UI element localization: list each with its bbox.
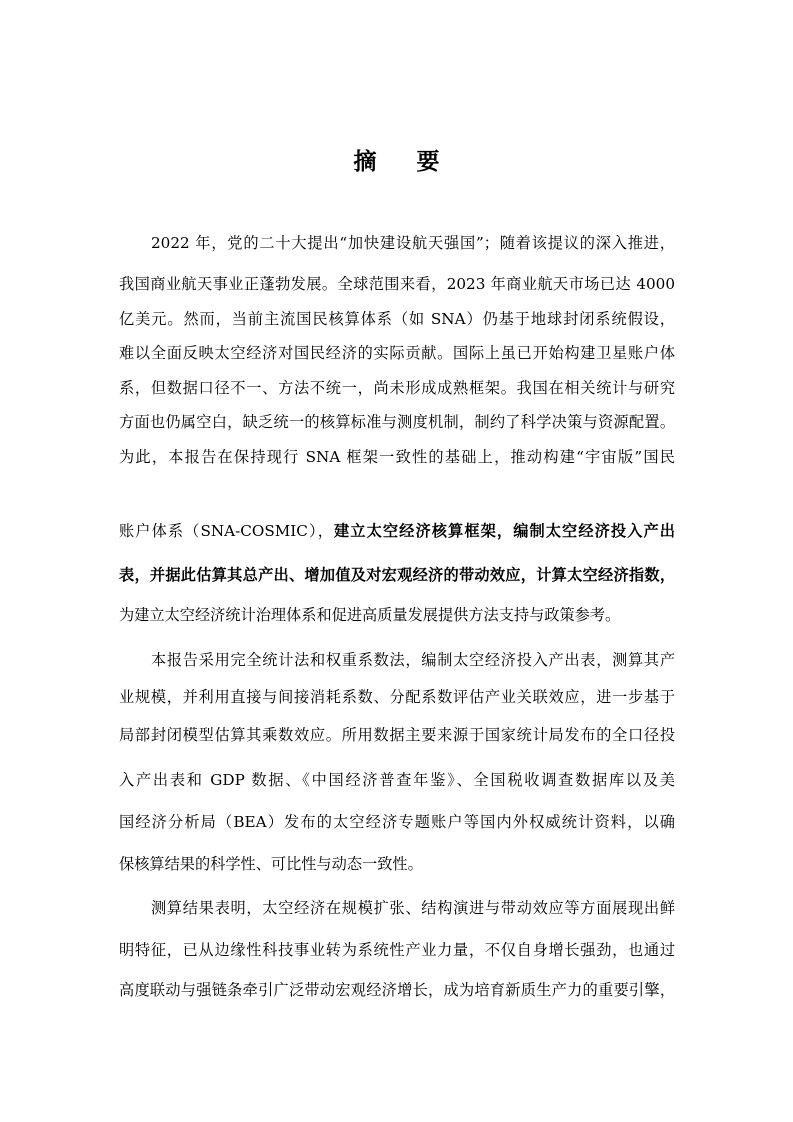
- text-line: 保核算结果的科学性、可比性与动态一致性。: [119, 854, 675, 874]
- text-line: 2022 年，党的二十大提出“加快建设航天强国”；随着该提议的深入推进，: [151, 233, 675, 253]
- title-char-2: 要: [417, 143, 440, 176]
- text-normal: 账户体系（SNA-COSMIC），: [119, 522, 334, 540]
- text-line: 难以全面反映太空经济对国民经济的实际贡献。国际上虽已开始构建卫星账户体: [119, 343, 675, 363]
- text-line: 为建立太空经济统计治理体系和促进高质量发展提供方法支持与政策参考。: [119, 605, 675, 625]
- text-line: 测算结果表明，太空经济在规模扩张、结构演进与带动效应等方面展现出鲜: [151, 898, 675, 918]
- text-line: 本报告采用完全统计法和权重系数法，编制太空经济投入产出表，测算其产: [151, 650, 675, 670]
- text-line: 亿美元。然而，当前主流国民核算体系（如 SNA）仍基于地球封闭系统假设，: [119, 309, 675, 329]
- text-line: 为此，本报告在保持现行 SNA 框架一致性的基础上，推动构建“宇宙版”国民: [119, 447, 675, 467]
- text-line: 系，但数据口径不一、方法不统一，尚未形成成熟框架。我国在相关统计与研究: [119, 378, 675, 398]
- text-line-bold: 表，并据此估算其总产出、增加值及对宏观经济的带动效应，计算太空经济指数，: [119, 565, 675, 585]
- text-line: 明特征，已从边缘性科技事业转为系统性产业力量，不仅自身增长强劲，也通过: [119, 940, 675, 960]
- title-char-1: 摘: [354, 143, 377, 176]
- text-line: 方面也仍属空白，缺乏统一的核算标准与测度机制，制约了科学决策与资源配置。: [119, 412, 675, 432]
- text-line: 我国商业航天事业正蓬勃发展。全球范围来看，2023 年商业航天市场已达 4000: [119, 274, 675, 294]
- text-bold-highlight: 建立太空经济核算框架，编制太空经济投入产出: [334, 522, 675, 540]
- text-line: 国经济分析局（BEA）发布的太空经济专题账户等国内外权威统计资料，以确: [119, 812, 675, 832]
- text-line: 入产出表和 GDP 数据、《中国经济普查年鉴》、全国税收调查数据库以及美: [119, 770, 675, 790]
- text-line: 账户体系（SNA-COSMIC），建立太空经济核算框架，编制太空经济投入产出: [119, 521, 675, 541]
- text-line: 局部封闭模型估算其乘数效应。所用数据主要来源于国家统计局发布的全口径投: [119, 725, 675, 745]
- text-line: 高度联动与强链条牵引广泛带动宏观经济增长，成为培育新质生产力的重要引擎，: [119, 980, 675, 1000]
- text-line: 业规模，并利用直接与间接消耗系数、分配系数评估产业关联效应，进一步基于: [119, 687, 675, 707]
- page-title: 摘要: [0, 143, 793, 176]
